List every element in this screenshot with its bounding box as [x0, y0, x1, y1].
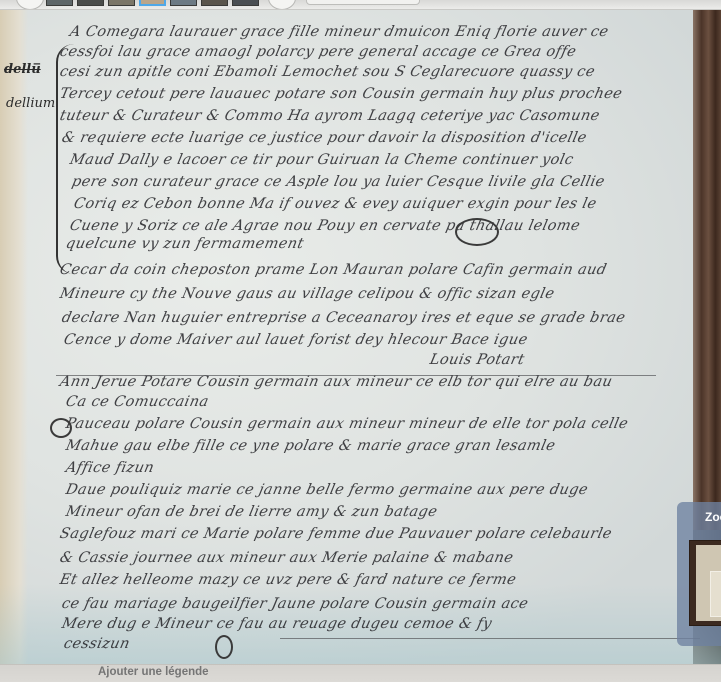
manuscript-line: Cuene y Soriz ce ale Agrae nou Pouy en c…: [68, 218, 581, 234]
manuscript-line: Tercey cetout pere lauauec potare son Co…: [58, 86, 624, 102]
thumbnail-3[interactable]: [108, 0, 135, 6]
thumbnail-2[interactable]: [77, 0, 104, 6]
zoom-panel[interactable]: Zoom: [677, 502, 721, 646]
manuscript-line: Mahue gau elbe fille ce yne polare & mar…: [64, 438, 557, 454]
manuscript-line: A Comegara laurauer grace fille mineur d…: [68, 24, 610, 40]
zoom-preview[interactable]: [689, 540, 721, 626]
manuscript-line: & Cassie journee aux mineur aux Merie pa…: [58, 550, 515, 566]
manuscript-line: Mere dug e Mineur ce fau au reuage dugeu…: [60, 616, 493, 632]
manuscript-line: quelcune vy zun fermamement: [64, 236, 305, 252]
thumbnail-toolbar: [0, 0, 721, 10]
manuscript-line: Daue pouliquiz marie ce janne belle ferm…: [64, 482, 589, 498]
thumbnail-6[interactable]: [201, 0, 228, 6]
manuscript-line: cesi zun apitle coni Ebamoli Lemochet so…: [58, 64, 596, 80]
manuscript-line: Affice fizun: [64, 460, 155, 476]
thumbnail-5[interactable]: [170, 0, 197, 6]
manuscript-line: & requiere ecte luarige ce justice pour …: [60, 130, 588, 146]
flourish: [215, 635, 233, 659]
manuscript-line: Et allez helleome mazy ce uvz pere & far…: [58, 572, 517, 588]
manuscript-line: Ann Jerue Potare Cousin germain aux mine…: [58, 374, 614, 390]
margin-note: dellium: [6, 96, 55, 111]
manuscript-line: Mineur ofan de brei de lierre amy & zun …: [64, 504, 439, 520]
manuscript-line: cessfoi lau grace amaogl polarcy pere ge…: [58, 44, 577, 60]
flourish: [455, 218, 499, 246]
manuscript-line: Saglefouz mari ce Marie polare femme due…: [58, 526, 613, 542]
manuscript-line: cessizun: [62, 636, 131, 652]
zoom-panel-title: Zoom: [705, 510, 721, 524]
toolbar-input[interactable]: [306, 0, 420, 5]
manuscript-line: Mineure cy the Nouve gaus au village cel…: [58, 286, 556, 302]
manuscript-line: Maud Dally e lacoer ce tir pour Guiruan …: [68, 152, 575, 168]
next-photo-button[interactable]: [268, 0, 296, 10]
caption-bar: [0, 664, 721, 682]
manuscript-line: Cecar da coin cheposton prame Lon Mauran…: [58, 262, 608, 278]
manuscript-line: pere son curateur grace ce Asple lou ya …: [70, 174, 606, 190]
manuscript-line: Pauceau polare Cousin germain aux mineur…: [64, 416, 629, 432]
caption-input[interactable]: [98, 666, 498, 678]
zoom-viewport-handle[interactable]: [710, 571, 721, 617]
manuscript-line: Louis Potart: [428, 352, 526, 368]
manuscript-line: Cence y dome Maiver aul lauet forist dey…: [62, 332, 529, 348]
manuscript-line: tuteur & Curateur & Commo Ha ayrom Laagq…: [58, 108, 601, 124]
manuscript-line: Ca ce Comuccaina: [64, 394, 210, 410]
thumbnail-7[interactable]: [232, 0, 259, 6]
manuscript-line: declare Nan huguier entreprise a Ceceana…: [60, 310, 627, 326]
photo-viewer[interactable]: dellu̅ dellium A Comegara laurauer grace…: [0, 10, 721, 664]
previous-photo-button[interactable]: [16, 0, 44, 10]
thumbnail-4[interactable]: [139, 0, 166, 6]
manuscript-line: Coriq ez Cebon bonne Ma if ouvez & evey …: [72, 196, 598, 212]
book-binding: [693, 10, 721, 530]
margin-note: dellu̅: [4, 62, 41, 77]
flourish: [50, 418, 72, 438]
thumbnail-1[interactable]: [46, 0, 73, 6]
manuscript-line: ce fau mariage baugeilfier Jaune polare …: [60, 596, 530, 612]
